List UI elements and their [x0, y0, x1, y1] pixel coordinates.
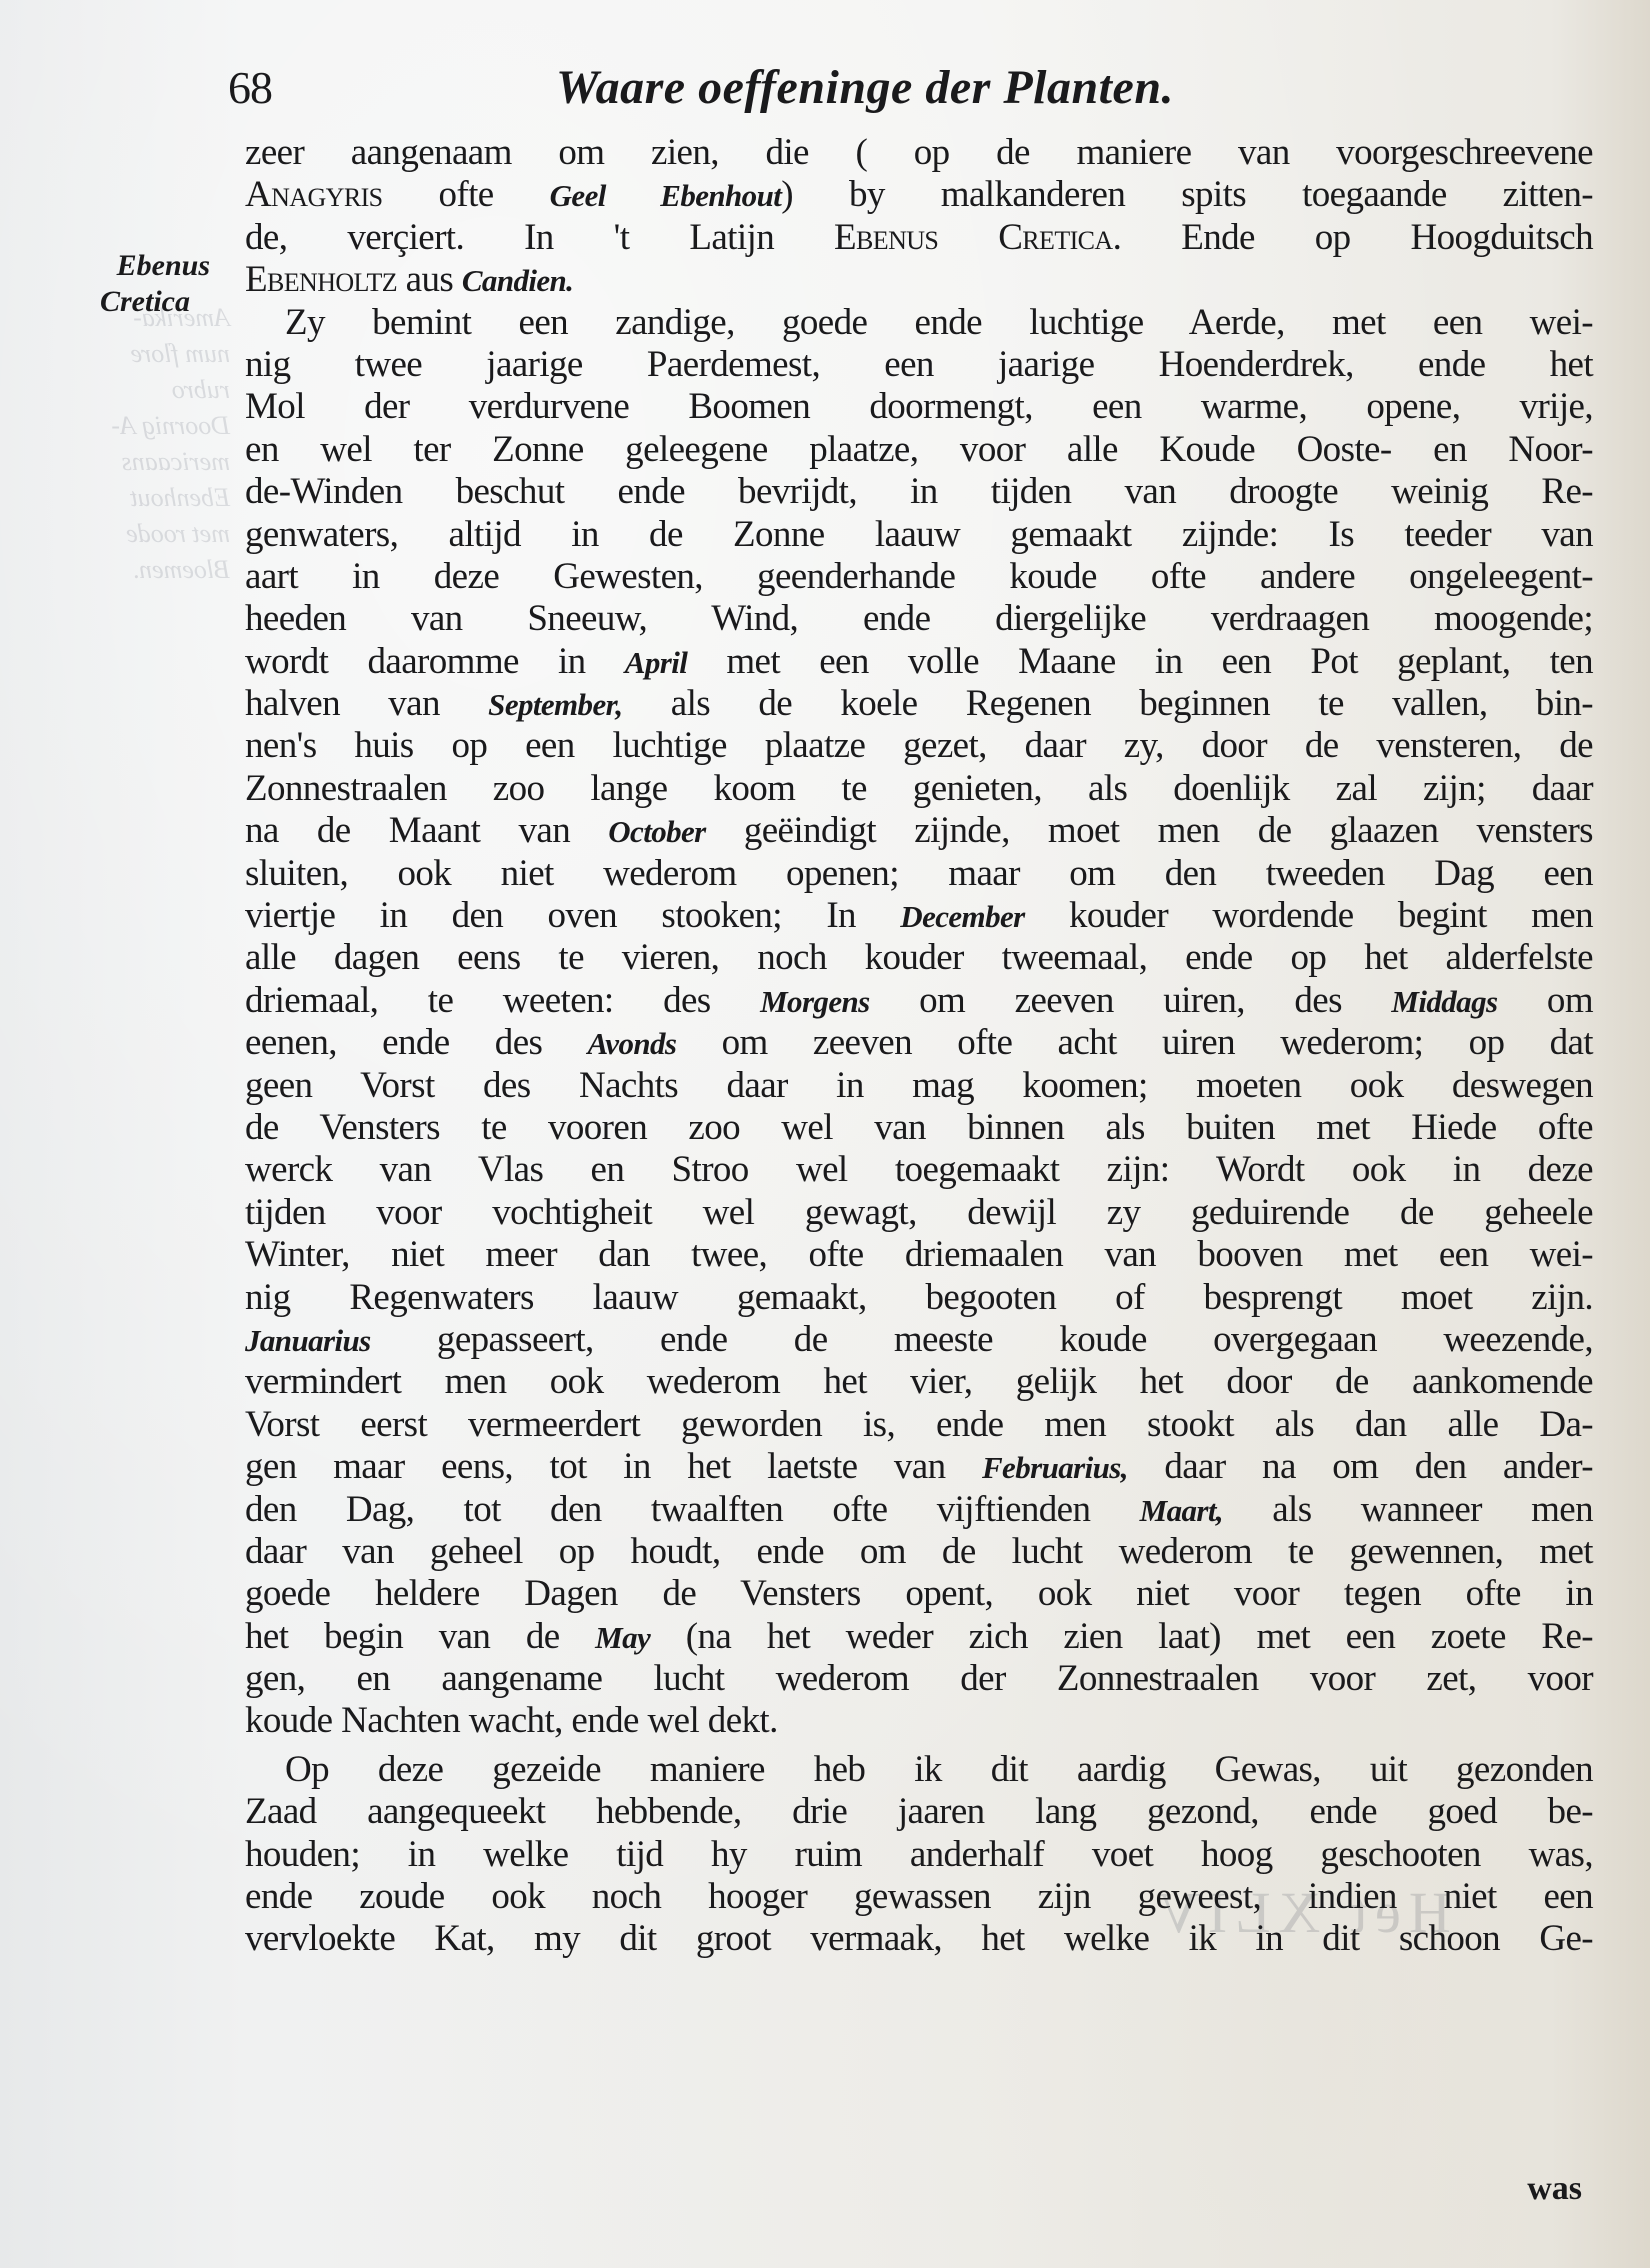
italic-term: Morgens	[760, 984, 870, 1019]
book-page: Amerika-num florerubroDoornig A-mericaan…	[0, 0, 1650, 2268]
text-line: aart in deze Gewesten, geenderhande koud…	[245, 556, 1593, 598]
text-run: om	[1497, 980, 1593, 1021]
text-line: vermindert men ook wederom het vier, gel…	[245, 1361, 1593, 1403]
text-line: den Dag, tot den twaalften ofte vijftien…	[245, 1489, 1593, 1531]
margin-note: Ebenus Cretica	[60, 248, 210, 320]
text-run: gepasseert, ende de meeste koude overgeg…	[371, 1319, 1593, 1360]
text-run: Winter, niet meer dan twee, ofte driemaa…	[245, 1234, 1593, 1275]
text-line: gen maar eens, tot in het laetste van Fe…	[245, 1446, 1593, 1488]
text-line: zeer aangenaam om zien, die ( op de mani…	[245, 132, 1593, 174]
text-line: nen's huis op een luchtige plaatze gezet…	[245, 725, 1593, 767]
show-through-line: Doornig A-	[30, 408, 230, 444]
text-run: ) by malkanderen spits toegaande zitten-	[781, 174, 1593, 215]
text-run: de, verçiert. In 't Latijn	[245, 217, 834, 258]
text-line: eenen, ende des Avonds om zeeven ofte ac…	[245, 1022, 1593, 1064]
text-line: de, verçiert. In 't Latijn Ebenus Cretic…	[245, 217, 1593, 259]
text-run: Vorst eerst vermeerdert geworden is, end…	[245, 1404, 1593, 1445]
text-run: na de Maant van	[245, 810, 608, 851]
text-run: om zeeven uiren, des	[870, 980, 1392, 1021]
text-line: wordt daaromme in April met een volle Ma…	[245, 641, 1593, 683]
italic-term: September,	[488, 687, 622, 722]
text-run: vermindert men ook wederom het vier, gel…	[245, 1361, 1593, 1402]
text-run: als de koele Regenen beginnen te vallen,…	[623, 683, 1593, 724]
text-run: goede heldere Dagen de Vensters opent, o…	[245, 1573, 1593, 1614]
text-line: de Vensters te vooren zoo wel van binnen…	[245, 1107, 1593, 1149]
margin-note-line: Ebenus	[60, 248, 210, 284]
text-line: Vorst eerst vermeerdert geworden is, end…	[245, 1404, 1593, 1446]
text-run: als wanneer men	[1223, 1489, 1593, 1530]
small-caps-term: Anagyris	[245, 174, 383, 215]
text-run: nig twee jaarige Paerdemest, een jaarige…	[245, 344, 1593, 385]
catchword: was	[1527, 2170, 1582, 2208]
text-line: de-Winden beschut ende bevrijdt, in tijd…	[245, 471, 1593, 513]
text-run: gen, en aangename lucht wederom der Zonn…	[245, 1658, 1593, 1699]
small-caps-term: Ebenholtz	[245, 259, 397, 300]
text-run: gen maar eens, tot in het laetste van	[245, 1446, 982, 1487]
text-run: vervloekte Kat, my dit groot vermaak, he…	[245, 1918, 1593, 1959]
text-run: koude Nachten wacht, ende wel dekt.	[245, 1700, 778, 1741]
show-through-line: mericaans	[30, 444, 230, 480]
text-run: halven van	[245, 683, 488, 724]
italic-term: Avonds	[588, 1026, 677, 1061]
text-run: ende zoude ook noch hooger gewassen zijn…	[245, 1876, 1593, 1917]
text-line: gen, en aangename lucht wederom der Zonn…	[245, 1658, 1593, 1700]
italic-term: May	[595, 1620, 650, 1655]
page-number: 68	[228, 58, 272, 118]
text-run: Mol der verdurvene Boomen doormengt, een…	[245, 386, 1593, 427]
text-run: alle dagen eens te vieren, noch kouder t…	[245, 937, 1593, 978]
text-line: werck van Vlas en Stroo wel toegemaakt z…	[245, 1149, 1593, 1191]
italic-term: Februarius,	[982, 1450, 1128, 1485]
show-through-line: Ebenhout	[30, 480, 230, 516]
text-line: heeden van Sneeuw, Wind, ende diergelijk…	[245, 598, 1593, 640]
text-run: sluiten, ook niet wederom openen; maar o…	[245, 853, 1593, 894]
text-line: en wel ter Zonne geleegene plaatze, voor…	[245, 429, 1593, 471]
text-run: viertje in den oven stooken; In	[245, 895, 900, 936]
text-run: heeden van Sneeuw, Wind, ende diergelijk…	[245, 598, 1593, 639]
text-line: houden; in welke tijd hy ruim anderhalf …	[245, 1834, 1593, 1876]
italic-term: Geel Ebenhout	[550, 178, 782, 213]
italic-term: April	[625, 645, 687, 680]
text-line: nig twee jaarige Paerdemest, een jaarige…	[245, 344, 1593, 386]
text-run: daar van geheel op houdt, ende om de luc…	[245, 1531, 1593, 1572]
italic-term: December	[900, 899, 1024, 934]
text-run: houden; in welke tijd hy ruim anderhalf …	[245, 1834, 1593, 1875]
text-run: nig Regenwaters laauw gemaakt, begooten …	[245, 1277, 1593, 1318]
show-through-line: num flore	[30, 336, 230, 372]
text-run: den Dag, tot den twaalften ofte vijftien…	[245, 1489, 1140, 1530]
margin-note-line: Cretica	[60, 284, 190, 320]
small-caps-term: Ebenus Cretica.	[834, 217, 1121, 258]
text-line: Januarius gepasseert, ende de meeste kou…	[245, 1319, 1593, 1361]
text-run: geen Vorst des Nachts daar in mag koomen…	[245, 1065, 1593, 1106]
text-run: Ende op Hoogduitsch	[1121, 217, 1593, 258]
italic-term: Candien.	[462, 263, 573, 298]
italic-term: Middags	[1391, 984, 1497, 1019]
text-run: aart in deze Gewesten, geenderhande koud…	[245, 556, 1593, 597]
text-run: Zonnestraalen zoo lange koom te genieten…	[245, 768, 1593, 809]
text-run: de-Winden beschut ende bevrijdt, in tijd…	[245, 471, 1593, 512]
text-run: kouder wordende begint men	[1025, 895, 1593, 936]
text-line: daar van geheel op houdt, ende om de luc…	[245, 1531, 1593, 1573]
text-line: ende zoude ook noch hooger gewassen zijn…	[245, 1876, 1593, 1918]
text-run: daar na om den ander-	[1128, 1446, 1593, 1487]
text-line: Zy bemint een zandige, goede ende luchti…	[245, 302, 1593, 344]
text-line: nig Regenwaters laauw gemaakt, begooten …	[245, 1277, 1593, 1319]
italic-term: October	[608, 814, 705, 849]
text-line: het begin van de May (na het weder zich …	[245, 1616, 1593, 1658]
page-header: 68 Waare oeffeninge der Planten.	[228, 58, 1588, 118]
text-run: nen's huis op een luchtige plaatze gezet…	[245, 725, 1593, 766]
text-run: werck van Vlas en Stroo wel toegemaakt z…	[245, 1149, 1593, 1190]
text-run: en wel ter Zonne geleegene plaatze, voor…	[245, 429, 1593, 470]
text-line: vervloekte Kat, my dit groot vermaak, he…	[245, 1918, 1593, 1960]
text-line: driemaal, te weeten: des Morgens om zeev…	[245, 980, 1593, 1022]
text-line: alle dagen eens te vieren, noch kouder t…	[245, 937, 1593, 979]
text-run: om zeeven ofte acht uiren wederom; op da…	[676, 1022, 1593, 1063]
text-run: aus	[397, 259, 462, 300]
text-run: Zy bemint een zandige, goede ende luchti…	[285, 302, 1593, 343]
text-line: genwaters, altijd in de Zonne laauw gema…	[245, 514, 1593, 556]
text-line: Zaad aangequeekt hebbende, drie jaaren l…	[245, 1791, 1593, 1833]
text-run: het begin van de	[245, 1616, 595, 1657]
italic-term: Januarius	[245, 1323, 371, 1358]
text-line: halven van September, als de koele Regen…	[245, 683, 1593, 725]
text-run: driemaal, te weeten: des	[245, 980, 760, 1021]
text-run: Op deze gezeide maniere heb ik dit aardi…	[285, 1749, 1593, 1790]
text-run: (na het weder zich zien laat) met een zo…	[650, 1616, 1593, 1657]
text-run: geëindigt zijnde, moet men de glaazen ve…	[706, 810, 1593, 851]
text-line: geen Vorst des Nachts daar in mag koomen…	[245, 1065, 1593, 1107]
text-run: wordt daaromme in	[245, 641, 625, 682]
body-text: zeer aangenaam om zien, die ( op de mani…	[245, 132, 1593, 1961]
text-line: koude Nachten wacht, ende wel dekt.	[245, 1700, 1593, 1742]
text-line: Winter, niet meer dan twee, ofte driemaa…	[245, 1234, 1593, 1276]
text-run: met een volle Maane in een Pot geplant, …	[687, 641, 1593, 682]
text-run: genwaters, altijd in de Zonne laauw gema…	[245, 514, 1593, 555]
text-line: goede heldere Dagen de Vensters opent, o…	[245, 1573, 1593, 1615]
running-title: Waare oeffeninge der Planten.	[556, 58, 1174, 118]
show-through-margin-text: Amerika-num florerubroDoornig A-mericaan…	[30, 300, 230, 588]
text-line: Mol der verdurvene Boomen doormengt, een…	[245, 386, 1593, 428]
text-run: Zaad aangequeekt hebbende, drie jaaren l…	[245, 1791, 1593, 1832]
text-run: ofte	[383, 174, 550, 215]
show-through-line: met roode	[30, 516, 230, 552]
text-run: de Vensters te vooren zoo wel van binnen…	[245, 1107, 1593, 1148]
text-line: Ebenholtz aus Candien.	[245, 259, 1593, 301]
text-line: na de Maant van October geëindigt zijnde…	[245, 810, 1593, 852]
text-run: tijden voor vochtigheit wel gewagt, dewi…	[245, 1192, 1593, 1233]
text-line: sluiten, ook niet wederom openen; maar o…	[245, 853, 1593, 895]
text-run: zeer aangenaam om zien, die ( op de mani…	[245, 132, 1593, 173]
text-line: tijden voor vochtigheit wel gewagt, dewi…	[245, 1192, 1593, 1234]
text-line: viertje in den oven stooken; In December…	[245, 895, 1593, 937]
show-through-line: Bloemen.	[30, 552, 230, 588]
text-line: Op deze gezeide maniere heb ik dit aardi…	[245, 1749, 1593, 1791]
text-run: eenen, ende des	[245, 1022, 588, 1063]
italic-term: Maart,	[1140, 1493, 1223, 1528]
show-through-line: rubro	[30, 372, 230, 408]
text-line: Anagyris ofte Geel Ebenhout) by malkande…	[245, 174, 1593, 216]
text-line: Zonnestraalen zoo lange koom te genieten…	[245, 768, 1593, 810]
